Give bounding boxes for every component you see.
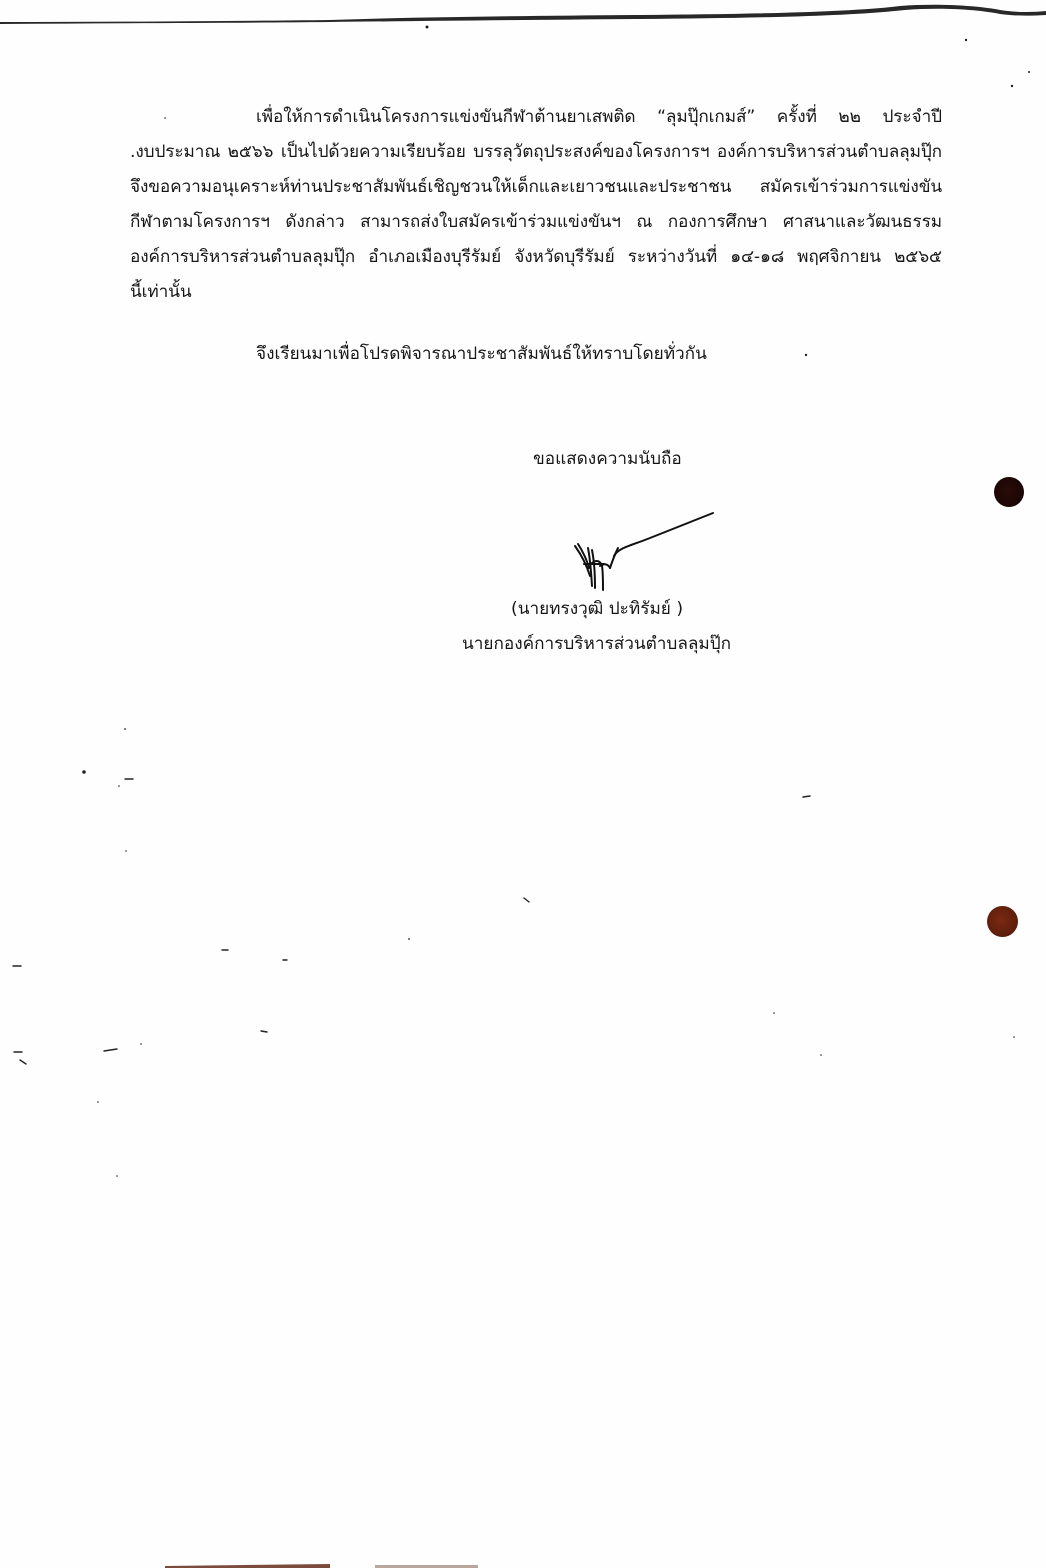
paragraph-line: เพื่อให้การดำเนินโครงการแข่งขันกีฬาต้านย… — [130, 100, 942, 135]
paragraph-line: กีฬาตามโครงการฯ ดังกล่าว สามารถส่งใบสมัค… — [130, 205, 942, 240]
paragraph-line: .งบประมาณ ๒๕๖๖ เป็นไปด้วยความเรียบร้อย บ… — [130, 135, 942, 170]
punch-hole-icon — [987, 906, 1018, 937]
paragraph-line: นี้เท่านั้น — [130, 275, 942, 310]
signature-icon — [570, 508, 720, 598]
paragraph-line: จึงขอความอนุเคราะห์ท่านประชาสัมพันธ์เชิญ… — [130, 170, 942, 205]
scanned-top-edge — [0, 0, 1046, 30]
punch-hole-icon — [994, 477, 1024, 507]
closing-request: จึงเรียนมาเพื่อโปรดพิจารณาประชาสัมพันธ์ใ… — [256, 337, 707, 372]
signer-title: นายกองค์การบริหารส่วนตำบลลุมปุ๊ก — [462, 627, 731, 662]
paragraph-line: องค์การบริหารส่วนตำบลลุมปุ๊ก อำเภอเมืองบ… — [130, 240, 942, 275]
scanned-bottom-edge — [0, 1558, 1046, 1568]
document-page: เพื่อให้การดำเนินโครงการแข่งขันกีฬาต้านย… — [0, 0, 1046, 1568]
signer-name: (นายทรงวุฒิ ปะทิรัมย์ ) — [511, 592, 683, 627]
sign-off: ขอแสดงความนับถือ — [533, 442, 682, 477]
body-paragraph: เพื่อให้การดำเนินโครงการแข่งขันกีฬาต้านย… — [130, 100, 942, 310]
